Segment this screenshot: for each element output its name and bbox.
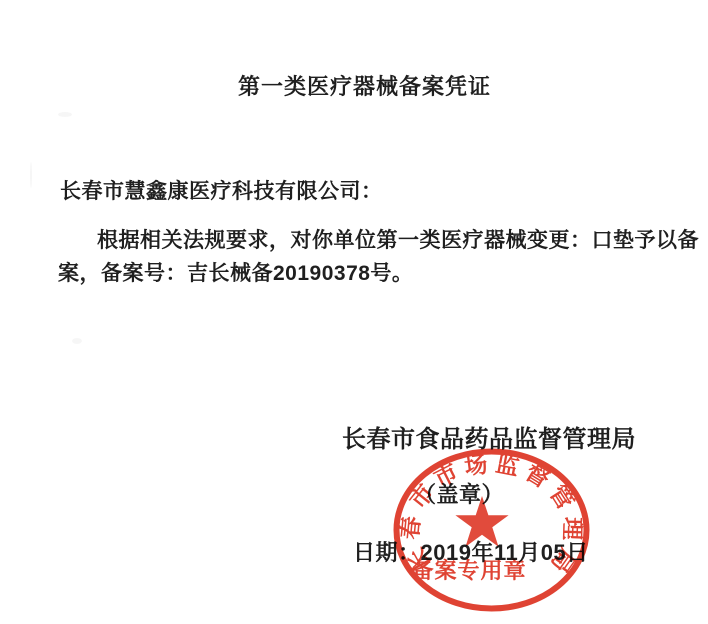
scan-smudge xyxy=(30,162,32,188)
body-line-1: 根据相关法规要求，对你单位第一类医疗器械变更：口垫予以备 xyxy=(58,224,673,257)
seal-bottom-text: 备案专用章 xyxy=(411,558,526,583)
body-line-2: 案，备案号：吉长械备20190378号。 xyxy=(58,257,673,290)
scan-smudge xyxy=(72,338,82,344)
official-seal: 长春市市场监督管理局 备案专用章 xyxy=(393,448,590,613)
star-icon xyxy=(455,496,508,547)
recipient-line: 长春市慧鑫康医疗科技有限公司： xyxy=(60,175,383,205)
scan-smudge xyxy=(58,112,72,117)
document-title: 第一类医疗器械备案凭证 xyxy=(238,70,491,101)
certificate-page: 第一类医疗器械备案凭证 长春市慧鑫康医疗科技有限公司： 根据相关法规要求，对你单… xyxy=(0,0,708,624)
body-paragraph: 根据相关法规要求，对你单位第一类医疗器械变更：口垫予以备 案，备案号：吉长械备2… xyxy=(58,224,673,290)
